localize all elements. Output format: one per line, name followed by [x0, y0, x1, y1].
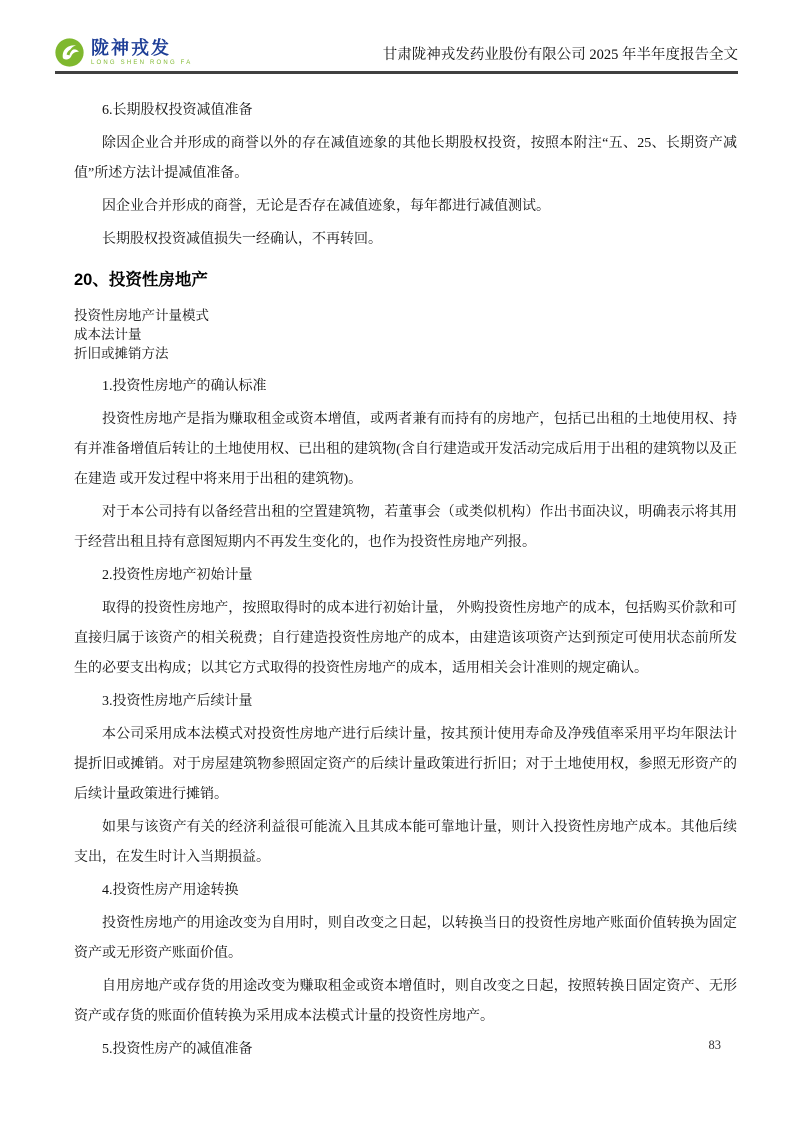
report-page: 陇神戎发 LONG SHEN RONG FA 甘肃陇神戎发药业股份有限公司 20…	[0, 0, 793, 1122]
logo-name-english: LONG SHEN RONG FA	[91, 60, 192, 66]
body-paragraph: 对于本公司持有以备经营出租的空置建筑物，若董事会（或类似机构）作出书面决议，明确…	[74, 498, 737, 558]
body-paragraph: 自用房地产或存货的用途改变为赚取租金或资本增值时，则自改变之日起，按照转换日固定…	[74, 972, 737, 1032]
page-number: 83	[709, 1038, 722, 1053]
numbered-subheading: 2.投资性房地产初始计量	[74, 561, 737, 591]
body-paragraph: 因企业合并形成的商誉，无论是否存在减值迹象，每年都进行减值测试。	[74, 192, 737, 222]
numbered-subheading: 3.投资性房地产后续计量	[74, 687, 737, 717]
logo-wordmark: 陇神戎发 LONG SHEN RONG FA	[91, 39, 192, 66]
body-paragraph: 除因企业合并形成的商誉以外的存在减值迹象的其他长期股权投资，按照本附注“五、25…	[74, 129, 737, 189]
dove-swoosh-icon	[55, 38, 84, 67]
section-heading: 20、投资性房地产	[74, 267, 737, 293]
body-paragraph: 长期股权投资减值损失一经确认，不再转回。	[74, 225, 737, 255]
measurement-mode-line: 投资性房地产计量模式	[74, 306, 737, 325]
measurement-mode-block: 投资性房地产计量模式 成本法计量 折旧或摊销方法	[74, 306, 737, 363]
measurement-mode-line: 折旧或摊销方法	[74, 344, 737, 363]
logo-name-chinese: 陇神戎发	[91, 39, 192, 57]
numbered-subheading: 4.投资性房产用途转换	[74, 876, 737, 906]
company-logo: 陇神戎发 LONG SHEN RONG FA	[55, 38, 192, 67]
report-header-title: 甘肃陇神戎发药业股份有限公司 2025 年半年度报告全文	[383, 43, 738, 67]
body-paragraph: 取得的投资性房地产，按照取得时的成本进行初始计量， 外购投资性房地产的成本，包括…	[74, 594, 737, 684]
measurement-mode-line: 成本法计量	[74, 325, 737, 344]
numbered-subheading: 6.长期股权投资减值准备	[74, 96, 737, 126]
body-paragraph: 如果与该资产有关的经济利益很可能流入且其成本能可靠地计量，则计入投资性房地产成本…	[74, 813, 737, 873]
body-paragraph: 投资性房地产的用途改变为自用时，则自改变之日起，以转换当日的投资性房地产账面价值…	[74, 909, 737, 969]
page-header: 陇神戎发 LONG SHEN RONG FA 甘肃陇神戎发药业股份有限公司 20…	[55, 38, 738, 74]
body-paragraph: 投资性房地产是指为赚取租金或资本增值，或两者兼有而持有的房地产，包括已出租的土地…	[74, 405, 737, 495]
document-body: 6.长期股权投资减值准备 除因企业合并形成的商誉以外的存在减值迹象的其他长期股权…	[74, 96, 737, 1068]
numbered-subheading: 5.投资性房产的减值准备	[74, 1035, 737, 1065]
numbered-subheading: 1.投资性房地产的确认标准	[74, 372, 737, 402]
body-paragraph: 本公司采用成本法模式对投资性房地产进行后续计量，按其预计使用寿命及净残值率采用平…	[74, 720, 737, 810]
